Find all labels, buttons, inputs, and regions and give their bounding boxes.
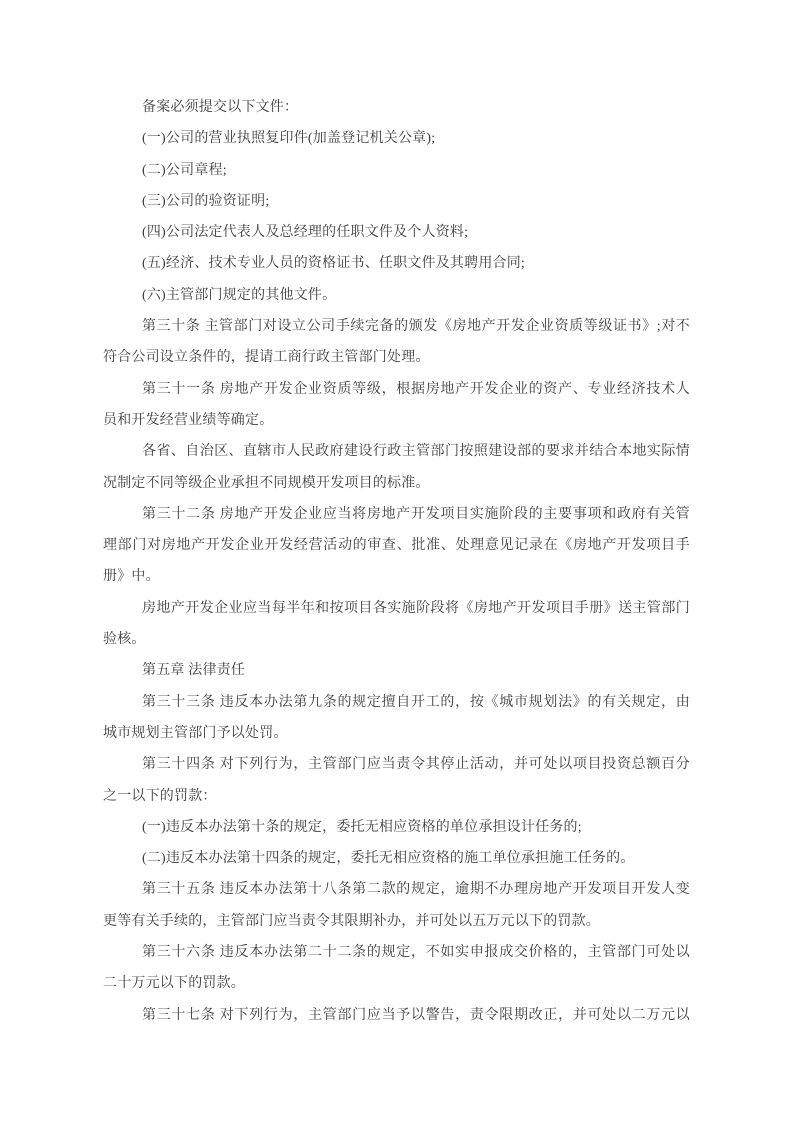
text-line: 况制定不同等级企业承担不同规模开发项目的标准。 xyxy=(103,468,690,499)
text-line: 备案必须提交以下文件： xyxy=(103,92,690,123)
text-line: (二)违反本办法第十四条的规定，委托无相应资格的施工单位承担施工任务的。 xyxy=(103,843,690,874)
text-line: 理部门对房地产开发企业开发经营活动的审查、批准、处理意见记录在《房地产开发项目手 xyxy=(103,530,690,561)
text-line: (一)公司的营业执照复印件(加盖登记机关公章); xyxy=(103,123,690,154)
text-line: 第三十三条 违反本办法第九条的规定擅自开工的，按《城市规划法》的有关规定，由 xyxy=(103,687,690,718)
text-line: (二)公司章程; xyxy=(103,155,690,186)
text-line: 第三十六条 违反本办法第二十二条的规定，不如实申报成交价格的，主管部门可处以 xyxy=(103,937,690,968)
text-line: 验核。 xyxy=(103,624,690,655)
text-line: (三)公司的验资证明; xyxy=(103,186,690,217)
text-line: 符合公司设立条件的，提请工商行政主管部门处理。 xyxy=(103,342,690,373)
text-line: 第三十五条 违反本办法第十八条第二款的规定，逾期不办理房地产开发项目开发人变 xyxy=(103,874,690,905)
text-line: (一)违反本办法第十条的规定，委托无相应资格的单位承担设计任务的; xyxy=(103,812,690,843)
text-line: 城市规划主管部门予以处罚。 xyxy=(103,718,690,749)
text-line: 房地产开发企业应当每半年和按项目各实施阶段将《房地产开发项目手册》送主管部门 xyxy=(103,593,690,624)
text-line: 第三十七条 对下列行为，主管部门应当予以警告，责令限期改正，并可处以二万元以 xyxy=(103,1000,690,1031)
document-page: 备案必须提交以下文件：(一)公司的营业执照复印件(加盖登记机关公章);(二)公司… xyxy=(0,0,793,1122)
text-line: 第五章 法律责任 xyxy=(103,655,690,686)
text-line: 各省、自治区、直辖市人民政府建设行政主管部门按照建设部的要求并结合本地实际情 xyxy=(103,436,690,467)
text-line: (五)经济、技术专业人员的资格证书、任职文件及其聘用合同; xyxy=(103,248,690,279)
text-line: 第三十二条 房地产开发企业应当将房地产开发项目实施阶段的主要事项和政府有关管 xyxy=(103,499,690,530)
document-body: 备案必须提交以下文件：(一)公司的营业执照复印件(加盖登记机关公章);(二)公司… xyxy=(103,92,690,1031)
text-line: 员和开发经营业绩等确定。 xyxy=(103,405,690,436)
text-line: 更等有关手续的，主管部门应当责令其限期补办，并可处以五万元以下的罚款。 xyxy=(103,906,690,937)
text-line: (六)主管部门规定的其他文件。 xyxy=(103,280,690,311)
text-line: 册》中。 xyxy=(103,561,690,592)
text-line: (四)公司法定代表人及总经理的任职文件及个人资料; xyxy=(103,217,690,248)
text-line: 之一以下的罚款： xyxy=(103,781,690,812)
text-line: 第三十四条 对下列行为，主管部门应当责令其停止活动，并可处以项目投资总额百分 xyxy=(103,749,690,780)
text-line: 二十万元以下的罚款。 xyxy=(103,968,690,999)
text-line: 第三十一条 房地产开发企业资质等级，根据房地产开发企业的资产、专业经济技术人 xyxy=(103,374,690,405)
text-line: 第三十条 主管部门对设立公司手续完备的颁发《房地产开发企业资质等级证书》;对不 xyxy=(103,311,690,342)
